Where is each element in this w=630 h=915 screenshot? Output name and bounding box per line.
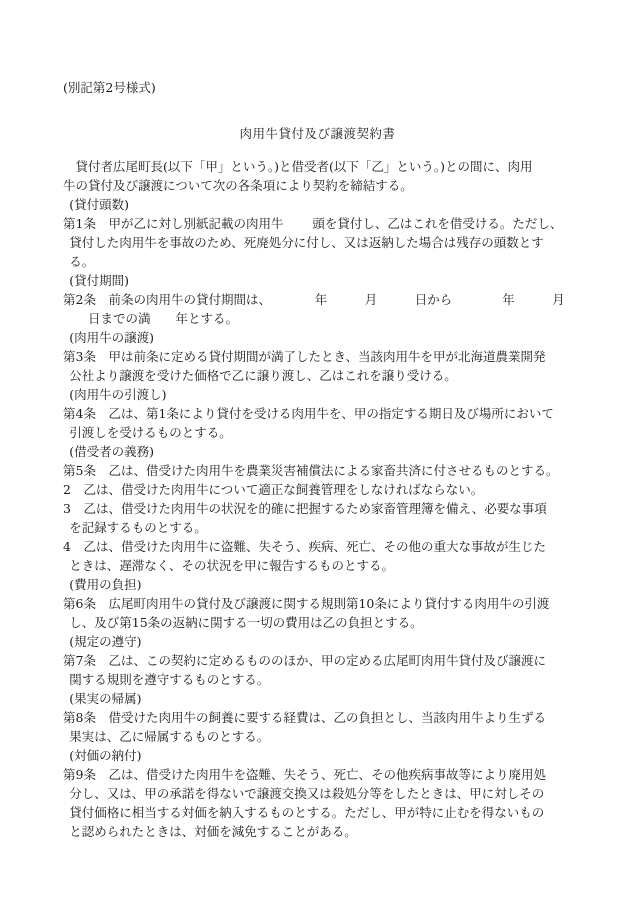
document-line: 3 乙は、借受けた肉用牛の状況を的確に把握するため家畜管理簿を備え、必要な事項 xyxy=(63,499,572,518)
document-line: ときは、遅滞なく、その状況を甲に報告するものとする。 xyxy=(63,556,572,575)
document-line: (対価の納付) xyxy=(63,746,572,765)
document-line: 公社より譲渡を受けた価格で乙に譲り渡し、乙はこれを譲り受ける。 xyxy=(63,366,572,385)
document-line: 牛の貸付及び譲渡について次の各条項により契約を締結する。 xyxy=(63,176,572,195)
document-line: 第6条 広尾町肉用牛の貸付及び譲渡に関する規則第10条により貸付する肉用牛の引渡 xyxy=(63,594,572,613)
document-line: 貸付者広尾町長(以下「甲」という。)と借受者(以下「乙」という。)との間に、肉用 xyxy=(63,157,572,176)
document-line: 関する規則を遵守するものとする。 xyxy=(63,670,572,689)
document-line: 2 乙は、借受けた肉用牛について適正な飼養管理をしなければならない。 xyxy=(63,480,572,499)
document-line: 第8条 借受けた肉用牛の飼養に要する経費は、乙の負担とし、当該肉用牛より生ずる xyxy=(63,708,572,727)
document-line: 4 乙は、借受けた肉用牛に盗難、失そう、疾病、死亡、その他の重大な事故が生じた xyxy=(63,537,572,556)
document-line: る。 xyxy=(63,252,572,271)
document-line: (果実の帰属) xyxy=(63,689,572,708)
document-line: (肉用牛の引渡し) xyxy=(63,385,572,404)
document-line: 果実は、乙に帰属するものとする。 xyxy=(63,727,572,746)
document-line: 第1条 甲が乙に対し別紙記載の肉用牛 頭を貸付し、乙はこれを借受ける。ただし、 xyxy=(63,214,572,233)
document-line: 日までの満 年とする。 xyxy=(63,309,572,328)
document-page: (別記第2号様式) 肉用牛貸付及び譲渡契約書 貸付者広尾町長(以下「甲」という。… xyxy=(0,0,630,915)
document-line: 第7条 乙は、この契約に定めるもののほか、甲の定める広尾町肉用牛貸付及び譲渡に xyxy=(63,651,572,670)
document-line: 第2条 前条の肉用牛の貸付期間は、 年 月 日から 年 月 xyxy=(63,290,572,309)
form-number-note: (別記第2号様式) xyxy=(63,78,572,97)
document-line: (借受者の義務) xyxy=(63,442,572,461)
document-line: 第9条 乙は、借受けた肉用牛を盗難、失そう、死亡、その他疾病事故等により廃用処 xyxy=(63,765,572,784)
document-line: を記録するものとする。 xyxy=(63,518,572,537)
document-body: 貸付者広尾町長(以下「甲」という。)と借受者(以下「乙」という。)との間に、肉用… xyxy=(63,157,572,841)
document-line: 第3条 甲は前条に定める貸付期間が満了したとき、当該肉用牛を甲が北海道農業開発 xyxy=(63,347,572,366)
document-title: 肉用牛貸付及び譲渡契約書 xyxy=(63,124,572,143)
document-line: し、及び第15条の返納に関する一切の費用は乙の負担とする。 xyxy=(63,613,572,632)
document-line: 分し、又は、甲の承諾を得ないで譲渡交換又は殺処分等をしたときは、甲に対しその xyxy=(63,784,572,803)
document-line: 第4条 乙は、第1条により貸付を受ける肉用牛を、甲の指定する期日及び場所において xyxy=(63,404,572,423)
document-line: (貸付期間) xyxy=(63,271,572,290)
document-line: と認められたときは、対価を減免することがある。 xyxy=(63,822,572,841)
document-line: 第5条 乙は、借受けた肉用牛を農業災害補償法による家畜共済に付させるものとする。 xyxy=(63,461,572,480)
document-line: (費用の負担) xyxy=(63,575,572,594)
document-line: 引渡しを受けるものとする。 xyxy=(63,423,572,442)
document-line: 貸付した肉用牛を事故のため、死廃処分に付し、又は返納した場合は残存の頭数とす xyxy=(63,233,572,252)
document-line: (肉用牛の譲渡) xyxy=(63,328,572,347)
document-line: (貸付頭数) xyxy=(63,195,572,214)
document-line: 貸付価格に相当する対価を納入するものとする。ただし、甲が特に止むを得ないもの xyxy=(63,803,572,822)
document-line: (規定の遵守) xyxy=(63,632,572,651)
